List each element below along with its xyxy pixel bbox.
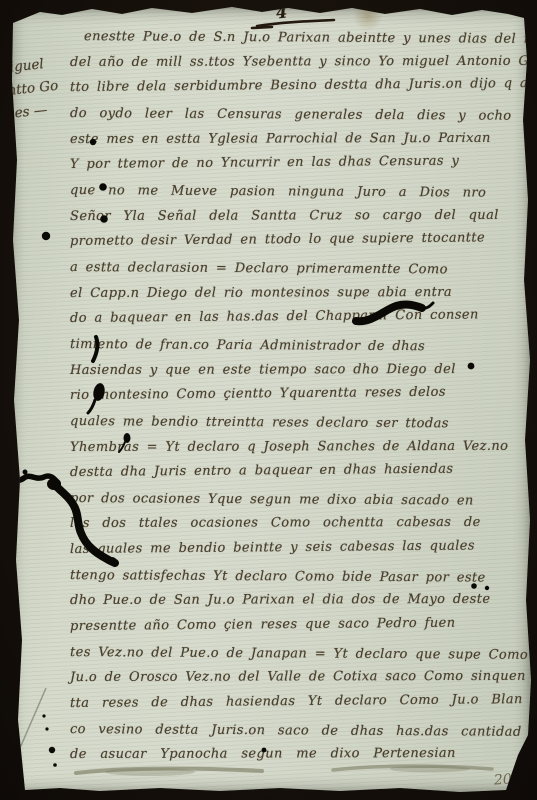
ink-dot (42, 714, 45, 717)
manuscript-line: tto libre dela serbidumbre Besino destta… (70, 71, 528, 101)
page-number-bottom: 20 (493, 771, 512, 788)
manuscript-text: enestte Pue.o de S.n Ju.o Parixan abeint… (70, 24, 528, 768)
manuscript-line: rio montesino Como çientto Yquarentta re… (70, 379, 528, 409)
ink-dot (49, 747, 55, 753)
ink-smear (2, 476, 58, 483)
ink-dot (53, 763, 57, 767)
ink-smudge (105, 768, 195, 776)
ink-smear (47, 478, 61, 490)
manuscript-line: destta dha Juris entro a baquear en dhas… (70, 456, 528, 486)
photo-background: 4 miguel antto Go mes — enestte Pue.o de… (0, 0, 537, 800)
margin-note: miguel antto Go mes — (0, 51, 73, 127)
manuscript-line: presentte año Como çien reses que saco P… (70, 610, 528, 640)
manuscript-page: 4 miguel antto Go mes — enestte Pue.o de… (0, 0, 537, 800)
manuscript-line: Y por ttemor de no Yncurrir en las dhas … (70, 148, 528, 178)
page-number-top: 4 (275, 2, 288, 22)
manuscript-line: do a baquear en las has.das del Chappara… (70, 302, 528, 332)
ink-smudge (76, 769, 262, 773)
paper-crease (20, 688, 46, 748)
manuscript-line: las quales me bendio beintte y seis cabe… (70, 533, 528, 563)
manuscript-line: de asucar Ypanocha segun me dixo Pertene… (70, 741, 528, 768)
ink-dot (23, 470, 28, 475)
margin-note-line: mes — (1, 96, 73, 126)
manuscript-line: prometto desir Verdad en ttodo lo que su… (70, 225, 528, 255)
ink-dot (42, 232, 50, 240)
ink-dot (45, 727, 48, 730)
manuscript-line: tta reses de dhas hasiendas Yt declaro C… (70, 687, 528, 717)
